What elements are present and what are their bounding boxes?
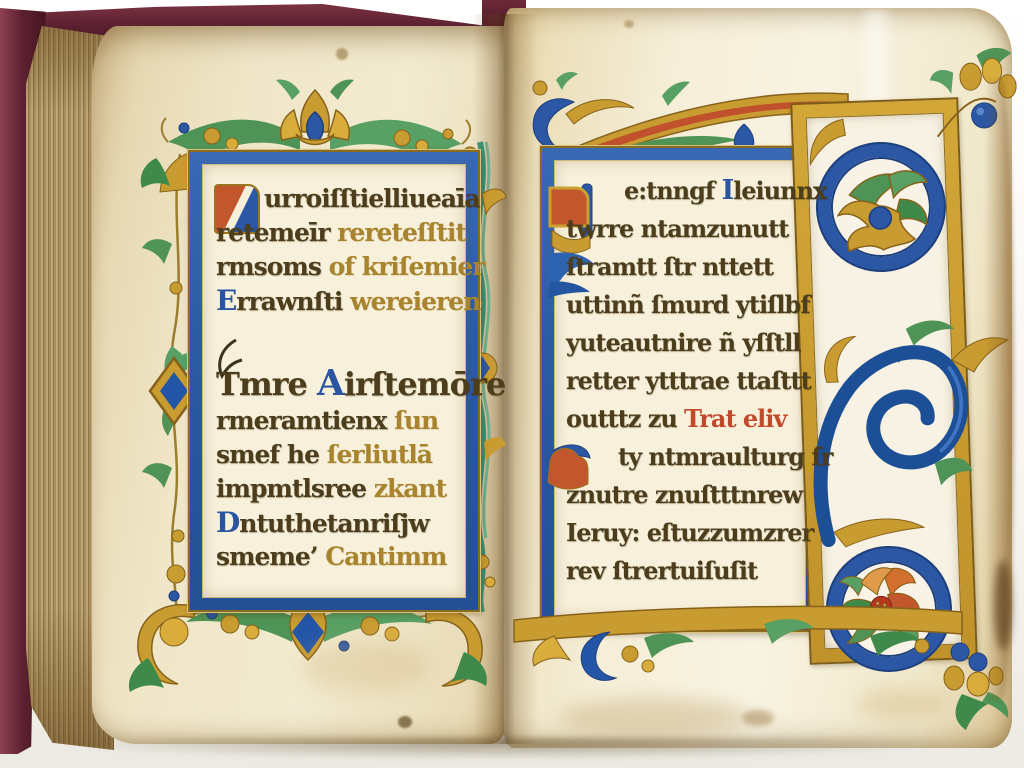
manuscript-line: retter ytttrae ttaſttt (566, 362, 798, 400)
manuscript-line: e:tnngf Ileiunnx (566, 172, 798, 210)
holly-leaf-scroll (426, 609, 487, 686)
gold-flower (828, 154, 931, 257)
manuscript-line: yuteautnire ñ yſſtll (566, 324, 798, 362)
manuscript-text-segment: urroiſſtielliueaīa (264, 184, 480, 213)
manuscript-text-segment: impmtlsree (216, 474, 374, 503)
manuscript-text-segment: ſun (394, 406, 438, 435)
manuscript-text-segment: rmeramtienx (216, 406, 394, 435)
manuscript-text-segment: retemeīr (216, 218, 337, 247)
manuscript-text-segment: leiunnx (733, 176, 826, 205)
manuscript-text-segment: ſtramtt ſtr nttett (566, 252, 773, 281)
manuscript-line: smeme’ Cantimm (216, 540, 462, 574)
manuscript-text-segment: Ieruy: eſtuzzumzrer (566, 518, 813, 547)
manuscript-text-segment: smef he (216, 440, 327, 469)
manuscript-text-segment: irſtemōre (344, 365, 505, 403)
manuscript-line: urroiſſtielliueaīa (216, 182, 462, 216)
manuscript-text-segment: rrawnſti (236, 287, 350, 316)
stain-mark (560, 698, 750, 736)
manuscript-text-segment: ntuthetanriſjw (239, 509, 428, 538)
manuscript-text-segment: wereieren (350, 287, 480, 316)
manuscript-text-segment: retter ytttrae ttaſttt (566, 366, 811, 395)
manuscript-text-segment: rereteſſtit (337, 218, 466, 247)
photo-illuminated-manuscript: urroiſſtielliueaīaretemeīr rereteſſtitrm… (0, 0, 1024, 768)
stain-mark (624, 20, 634, 28)
manuscript-line: Tmre Airſtemōre (216, 362, 462, 404)
manuscript-line: outttz zu Trat eliv (566, 400, 798, 438)
manuscript-text-segment: D (216, 506, 239, 539)
stain-mark (336, 48, 348, 60)
manuscript-text-segment: uttinñ ſmurd ytiſlbf (566, 290, 810, 319)
manuscript-text-segment: Trat eliv (684, 404, 786, 433)
manuscript-text-segment: rev ſtrertuiſuſit (566, 556, 757, 585)
manuscript-text-segment: A (317, 362, 344, 404)
manuscript-line: Dntuthetanriſjw (216, 506, 462, 540)
lotus-crown-flower (281, 90, 350, 145)
manuscript-text-segment: zkant (374, 474, 446, 503)
manuscript-line: smef he ſerliutlā (216, 438, 462, 472)
manuscript-line: znutre znuſtttnrew (566, 476, 798, 514)
manuscript-line: twrre ntamzunutt (566, 210, 798, 248)
right-bottom-bar (514, 584, 974, 679)
blue-crescent-scroll (533, 99, 574, 150)
holly-leaf-scroll (129, 605, 194, 692)
manuscript-line: rmeramtienx ſun (216, 404, 462, 438)
manuscript-line: rev ſtrertuiſuſit (566, 552, 798, 590)
manuscript-text-segment: ty ntmraulturg ſr (618, 442, 832, 471)
manuscript-line: retemeīr rereteſſtit (216, 216, 462, 250)
manuscript-line: ſtramtt ſtr nttett (566, 248, 798, 286)
manuscript-line: uttinñ ſmurd ytiſlbf (566, 286, 798, 324)
manuscript-paragraph: Tmre Airſtemōrermeramtienx ſunsmef he ſe… (216, 362, 462, 574)
stain-mark (856, 688, 946, 720)
manuscript-text-segment: Tmre (216, 365, 317, 403)
manuscript-line: Ieruy: eſtuzzumzrer (566, 514, 798, 552)
manuscript-line: impmtlsree zkant (216, 472, 462, 506)
left-page-text-block: urroiſſtielliueaīaretemeīr rereteſſtitrm… (216, 182, 462, 574)
manuscript-text-segment: I (722, 175, 734, 206)
manuscript-text-segment: rmsoms (216, 252, 329, 281)
manuscript-text-segment: E (216, 284, 236, 317)
page-edge-darkening (994, 560, 1012, 650)
blue-crescent-scroll (581, 632, 616, 680)
manuscript-text-segment: of kriſemier (329, 252, 485, 281)
manuscript-text-segment: yuteautnire ñ yſſtll (566, 328, 800, 357)
manuscript-text-segment: Cantimm (325, 542, 446, 571)
manuscript-line: ty ntmraulturg ſr (566, 438, 798, 476)
right-page-text-block: e:tnngf Ileiunnxtwrre ntamzunuttſtramtt … (566, 172, 798, 590)
manuscript-text-segment: e:tnngf (624, 176, 722, 205)
manuscript-line: rmsoms of kriſemier (216, 250, 462, 284)
stain-mark (300, 640, 430, 692)
stain-mark (398, 716, 412, 728)
manuscript-paragraph: urroiſſtielliueaīaretemeīr rereteſſtitrm… (216, 182, 462, 318)
book-shadow (50, 738, 950, 760)
manuscript-text-segment: znutre znuſtttnrew (566, 480, 802, 509)
panel-ground (806, 113, 962, 649)
manuscript-text-segment: twrre ntamzunutt (566, 214, 788, 243)
blue-spiral (808, 309, 966, 554)
manuscript-text-segment: ſerliutlā (327, 440, 432, 469)
manuscript-line: Errawnſti wereieren (216, 284, 462, 318)
manuscript-text-segment: smeme’ (216, 542, 325, 571)
manuscript-text-segment: outttz zu (566, 404, 684, 433)
